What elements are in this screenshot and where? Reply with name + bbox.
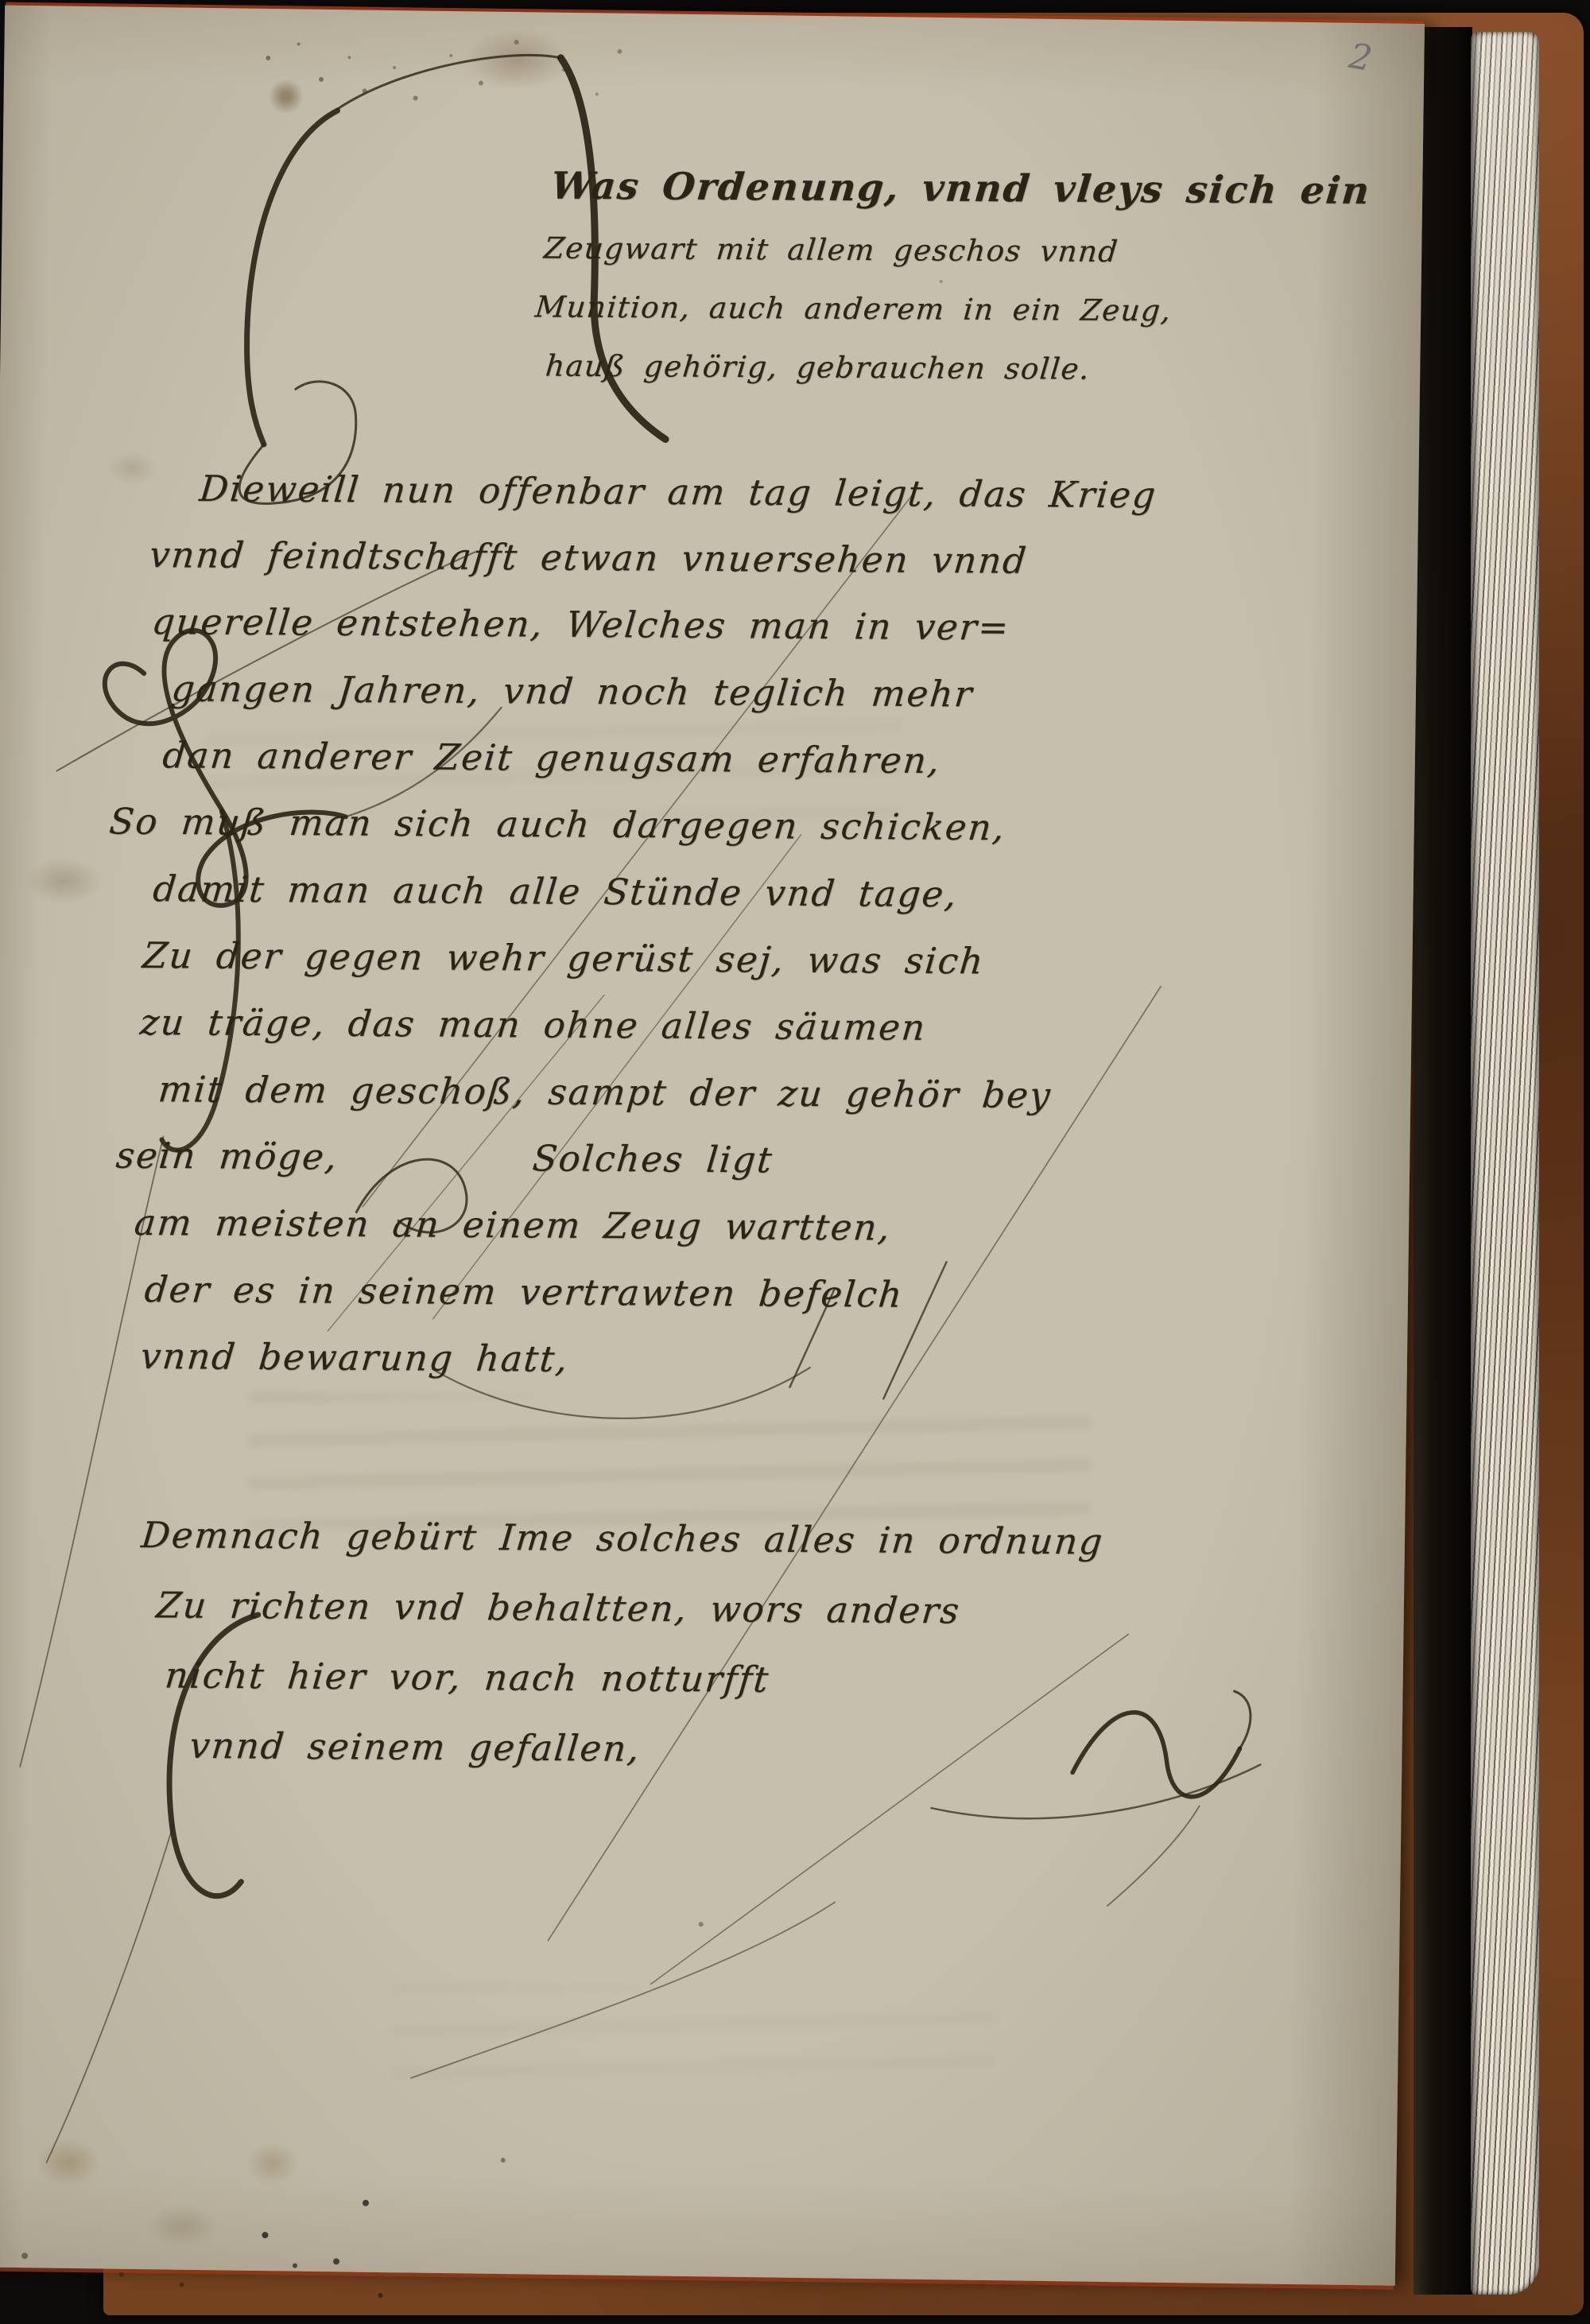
manuscript-page: 2 Was Ordenung, vnnd vleys sich ein Zeug… — [0, 6, 1425, 2286]
text-line: der es in seinem vertrawten befelch — [142, 1256, 1300, 1331]
heading-line: Was Ordenung, vnnd vleys sich ein — [548, 154, 1303, 224]
text-line: nicht hier vor, nach notturfft — [162, 1640, 1295, 1718]
text-line: vnnd feindtschafft etwan vnuersehen vnnd — [146, 522, 1309, 596]
page-edges-stack — [1471, 32, 1539, 2295]
ink-speck-cluster-bottom — [5, 6, 8, 9]
paragraph2-initial-tail — [47, 1823, 174, 2164]
heading-line: hauß gehörig, gebrauchen solle. — [543, 337, 1301, 401]
text-line: sein möge, Solches ligt — [113, 1123, 1301, 1197]
text-line: vnnd bewarung hatt, — [138, 1323, 1299, 1398]
text-line: gangen Jahren, vnd noch teglich mehr — [169, 655, 1308, 730]
heading-line: Munition, auch anderem in ein Zeug, — [533, 277, 1301, 341]
heading-line: Zeugwart mit allem geschos vnnd — [541, 219, 1302, 283]
fore-edge-shadow-gap — [1414, 27, 1472, 2295]
text-line: So muß man sich auch dargegen schicken, — [107, 788, 1306, 863]
text-line: Dieweill nun offenbar am tag leigt, das … — [196, 456, 1310, 530]
text-line: Zu richten vnd behaltten, wors anders — [153, 1570, 1296, 1648]
initial-swash-left-stroke — [246, 110, 338, 445]
gefallen-tail — [1107, 1805, 1200, 1907]
text-line: querelle entstehen, Welches man in ver= — [149, 588, 1309, 663]
text-line: Zu der gegen wehr gerüst sej, was sich — [140, 922, 1305, 997]
closing-underline-sweep — [411, 1897, 835, 2084]
folio-number-pencil: 2 — [1346, 36, 1375, 80]
photographed-manuscript-scan: 2 Was Ordenung, vnnd vleys sich ein Zeug… — [0, 0, 1590, 2324]
paragraph-1: Dieweill nun offenbar am tag leigt, das … — [102, 454, 1306, 1405]
paragraph-2: Demnach gebürt Ime solches alles in ordn… — [97, 1500, 1293, 1795]
text-line: Demnach gebürt Ime solches alles in ordn… — [138, 1500, 1297, 1578]
text-line: zu träge, das man ohne alles säumen — [137, 989, 1303, 1064]
text-line: am meisten an einem Zeug wartten, — [131, 1189, 1301, 1264]
text-line: damit man auch alle Stünde vnd tage, — [150, 855, 1305, 930]
text-line: mit dem geschoß, sampt der zu gehör bey — [155, 1056, 1302, 1131]
text-line: dan anderer Zeit genugsam erfahren, — [160, 722, 1307, 797]
text-line: vnnd seinem gefallen, — [186, 1711, 1293, 1789]
heading-block: Was Ordenung, vnnd vleys sich ein Zeugwa… — [534, 153, 1301, 405]
initial-swash-top-arc — [337, 52, 560, 112]
verso-showthrough-band — [391, 1982, 997, 2085]
